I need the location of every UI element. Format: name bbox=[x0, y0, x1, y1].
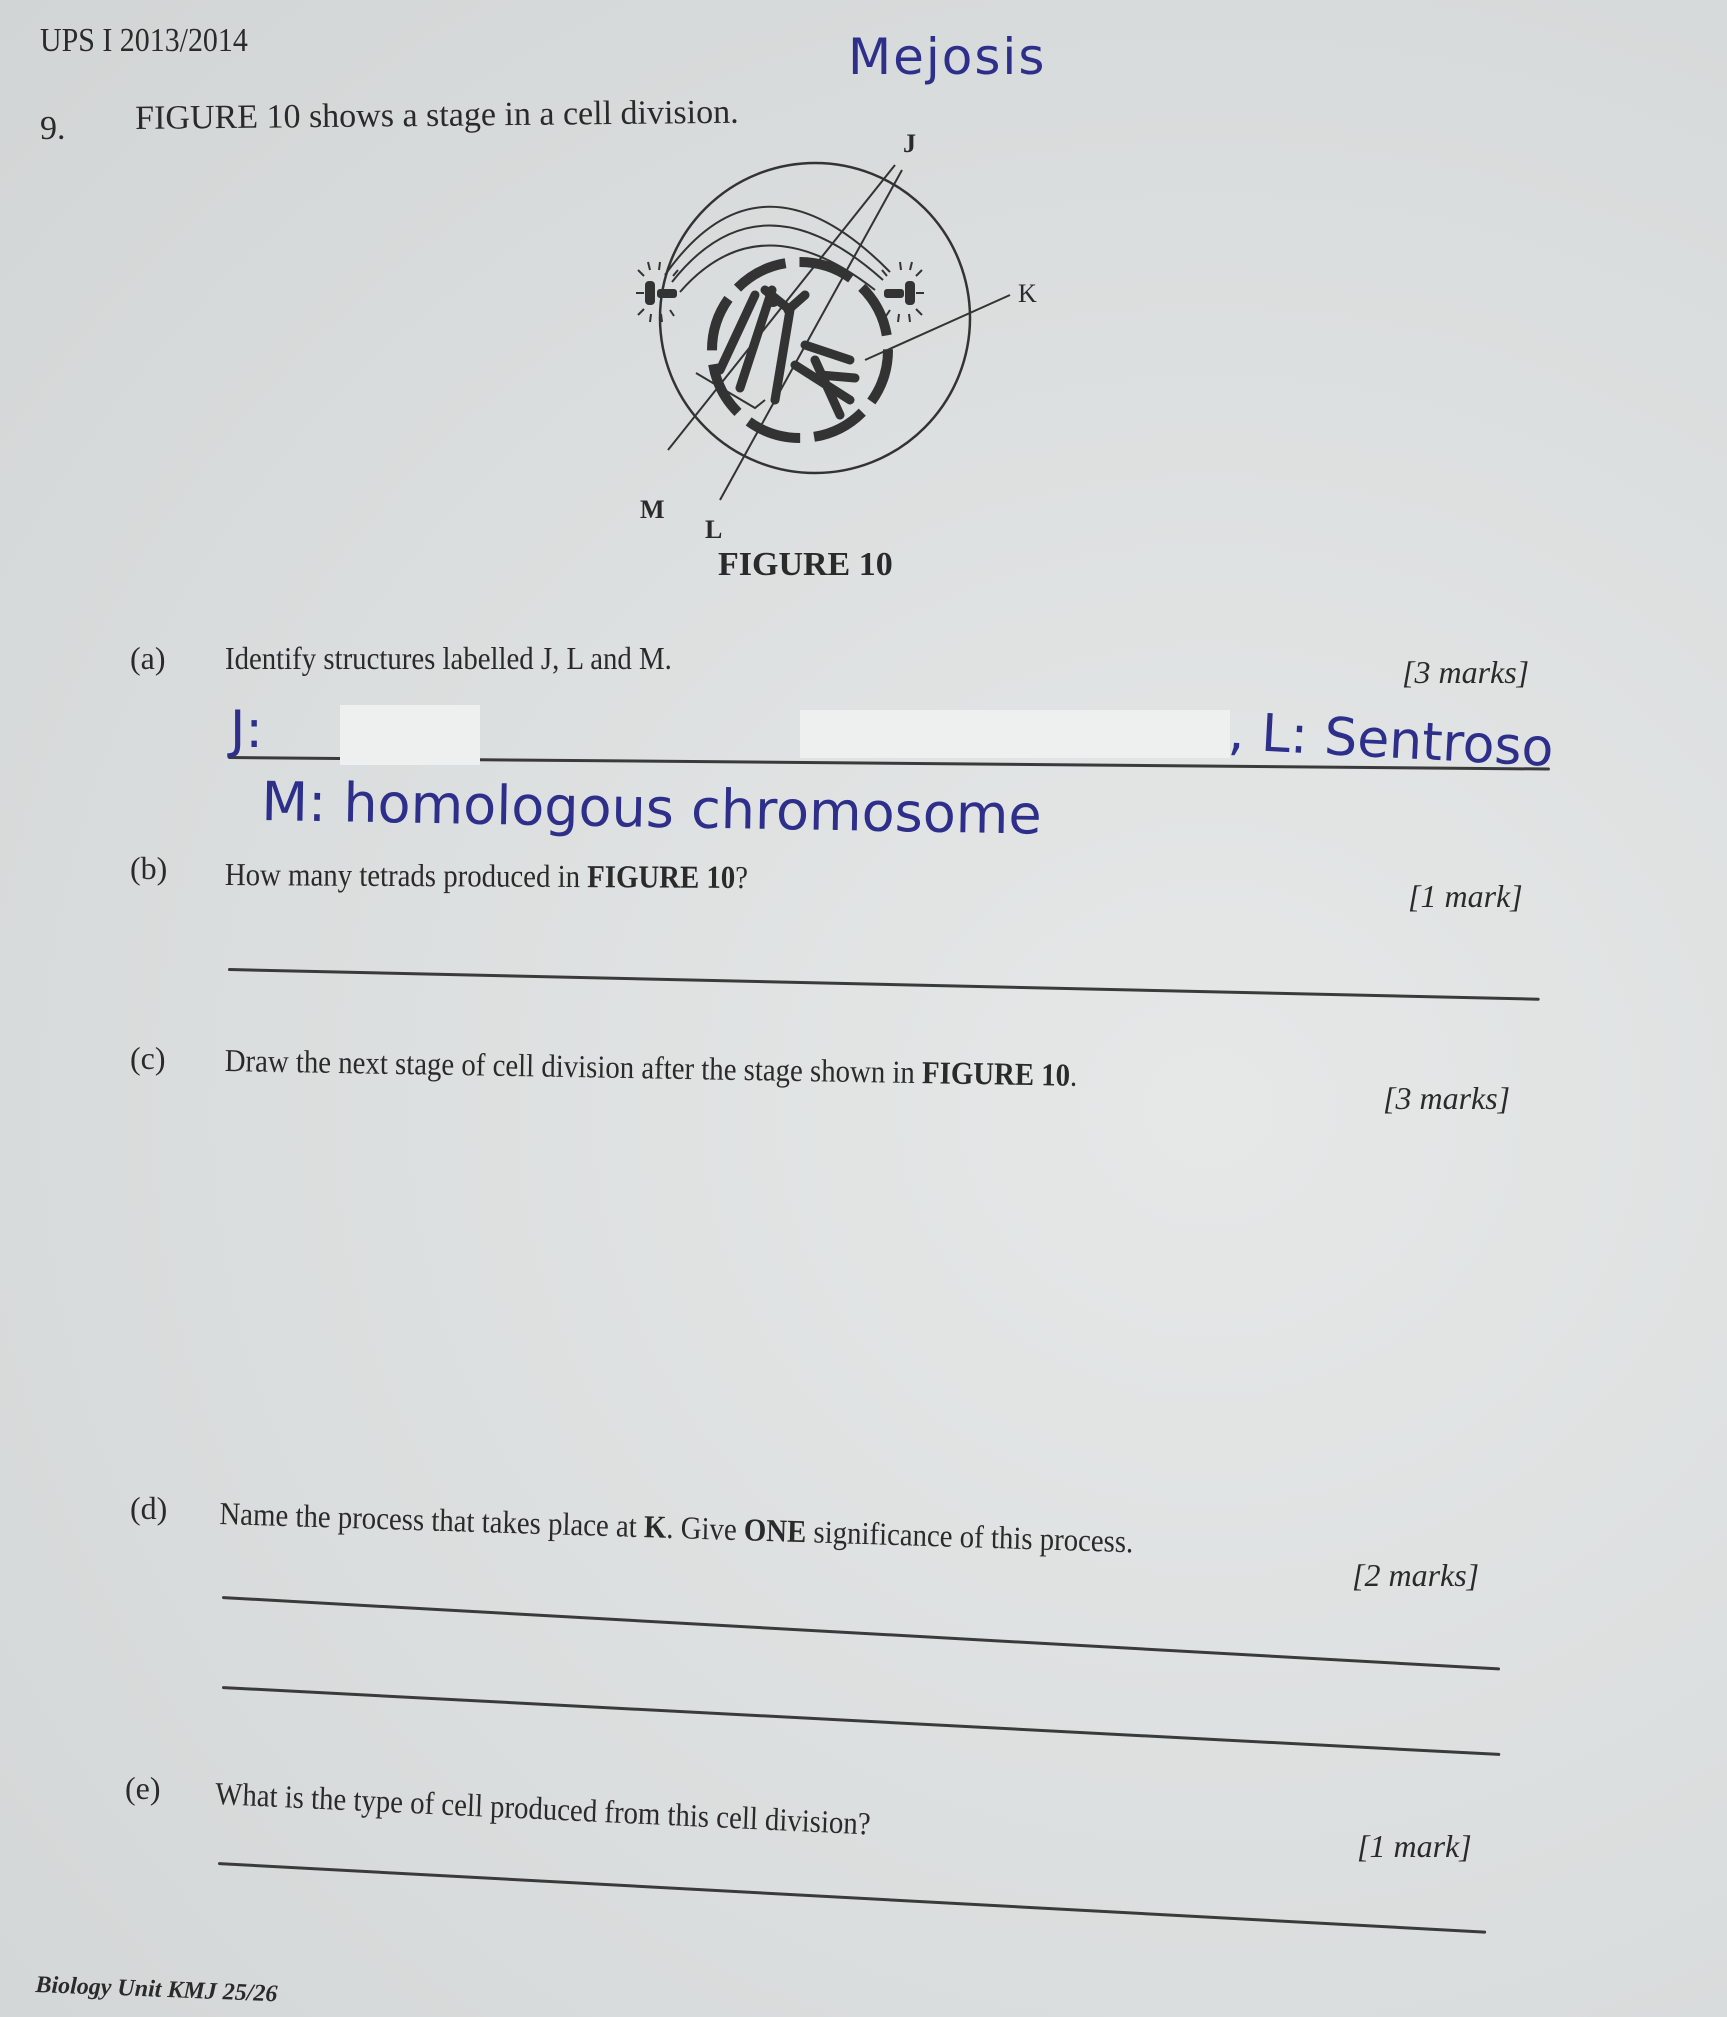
part-b-end: ? bbox=[735, 859, 748, 895]
part-d-text-a: Name the process that takes place at bbox=[219, 1495, 644, 1544]
part-c-marks: [3 marks] bbox=[1383, 1080, 1510, 1117]
part-d-text-e: significance of this process. bbox=[806, 1513, 1134, 1559]
part-a-marks-text: [3 marks] bbox=[1402, 654, 1529, 690]
spindle-fibres bbox=[665, 207, 890, 292]
answer-j-handwriting[interactable]: J: bbox=[230, 700, 263, 760]
label-m: M bbox=[640, 495, 665, 524]
part-d-text-c: . Give bbox=[666, 1509, 744, 1547]
part-d-answer-line-2[interactable] bbox=[222, 1686, 1500, 1756]
part-c-drawing-area[interactable] bbox=[220, 1140, 1520, 1470]
redaction-block bbox=[800, 710, 1230, 758]
part-d-marks: [2 marks] bbox=[1352, 1557, 1479, 1594]
figure-caption: FIGURE 10 bbox=[718, 546, 893, 584]
exam-code-header: UPS I 2013/2014 bbox=[40, 22, 248, 60]
redaction-block bbox=[340, 705, 480, 765]
part-b-marks-text: [1 mark] bbox=[1408, 878, 1523, 914]
nuclear-envelope bbox=[712, 262, 888, 438]
cell-division-diagram: J K M L bbox=[600, 110, 1120, 540]
part-b-letter: (b) bbox=[130, 850, 167, 887]
part-c-end: . bbox=[1070, 1057, 1078, 1093]
part-c-letter: (c) bbox=[130, 1040, 166, 1077]
homologous-chromosomes bbox=[720, 290, 855, 415]
part-d-letter: (d) bbox=[130, 1490, 167, 1527]
part-d-question: Name the process that takes place at K. … bbox=[219, 1495, 1134, 1560]
cell-membrane bbox=[660, 163, 970, 473]
part-e-marks-text: [1 mark] bbox=[1357, 1828, 1472, 1864]
part-d-k-ref: K bbox=[644, 1508, 667, 1545]
label-j: J bbox=[903, 129, 916, 158]
part-c-question: Draw the next stage of cell division aft… bbox=[224, 1042, 1077, 1094]
part-b-marks: [1 mark] bbox=[1408, 878, 1523, 915]
part-d-one: ONE bbox=[743, 1511, 806, 1549]
answer-m-handwriting[interactable]: M: homologous chromosome bbox=[261, 770, 1042, 847]
part-d-answer-line-1[interactable] bbox=[222, 1596, 1500, 1670]
part-c-figure-ref: FIGURE 10 bbox=[922, 1054, 1070, 1093]
part-d-marks-text: [2 marks] bbox=[1352, 1557, 1479, 1593]
part-b-figure-ref: FIGURE 10 bbox=[587, 858, 735, 895]
handwritten-note-meiosis: Mejosis bbox=[848, 28, 1046, 86]
question-number: 9. bbox=[40, 110, 66, 148]
label-k: K bbox=[1018, 279, 1037, 308]
centriole-left bbox=[636, 262, 678, 322]
part-c-marks-text: [3 marks] bbox=[1383, 1080, 1510, 1116]
part-b-question: How many tetrads produced in FIGURE 10? bbox=[225, 856, 748, 896]
part-b-text: How many tetrads produced in bbox=[225, 856, 587, 894]
label-leader-lines bbox=[668, 165, 1010, 500]
label-l: L bbox=[705, 515, 722, 540]
page-footer: Biology Unit KMJ 25/26 bbox=[35, 1972, 278, 2008]
part-b-answer-line[interactable] bbox=[228, 968, 1540, 1001]
part-a-marks: [3 marks] bbox=[1402, 654, 1529, 691]
part-a-letter: (a) bbox=[130, 640, 166, 677]
part-e-answer-line[interactable] bbox=[218, 1862, 1486, 1934]
part-c-text: Draw the next stage of cell division aft… bbox=[224, 1042, 922, 1090]
part-e-letter: (e) bbox=[125, 1770, 161, 1807]
part-a-question: Identify structures labelled J, L and M. bbox=[225, 640, 672, 677]
part-e-question: What is the type of cell produced from t… bbox=[215, 1775, 872, 1842]
part-e-marks: [1 mark] bbox=[1357, 1828, 1472, 1865]
